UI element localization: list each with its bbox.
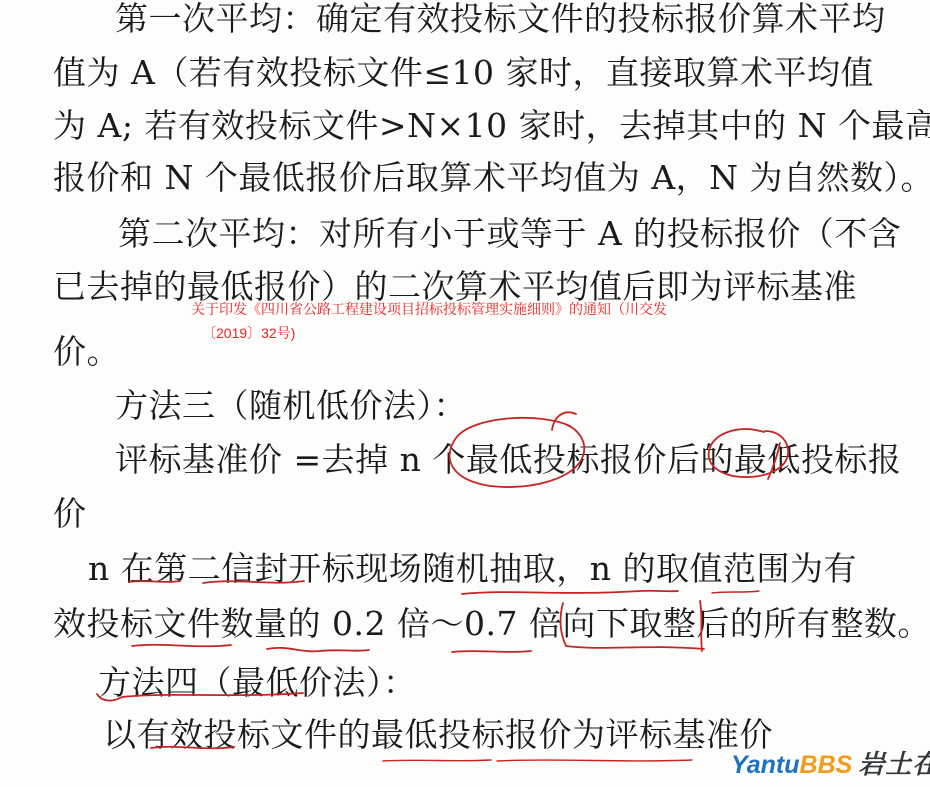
doc-line-9: 评标基准价 =去掉 n 个最低投标报价后的最低投标报 (115, 442, 901, 478)
pen-underline-l12-a (132, 645, 231, 647)
doc-line-11: n 在第二信封开标现场随机抽取，n 的取值范围为有 (88, 551, 857, 587)
doc-line-10: 价 (53, 496, 87, 532)
red-note-line2: 〔2019〕32号) (202, 325, 295, 341)
red-note-line1: 关于印发《四川省公路工程建设项目招标投标管理实施细则》的通知（川交发 (191, 301, 667, 317)
watermark-yantu: Yantu (731, 751, 800, 779)
pen-underline-l14-c (497, 760, 692, 761)
doc-line-13: 方法四（最低价法）： (98, 665, 417, 701)
pen-underline-l14-b (383, 760, 491, 761)
doc-line-5: 第二次平均：对所有小于或等于 A 的投标报价（不含 (118, 216, 901, 252)
doc-line-6: 已去掉的最低报价）的二次算术平均值后即为评标基准 (53, 269, 857, 305)
doc-line-2: 值为 A（若有效投标文件≤10 家时，直接取算术平均值 (53, 55, 874, 91)
scanned-document-page: 第一次平均：确定有效投标文件的投标报价算术平均 值为 A（若有效投标文件≤10 … (0, 0, 930, 787)
doc-line-1: 第一次平均：确定有效投标文件的投标报价算术平均 (115, 1, 886, 37)
pen-underline-l11-c (462, 591, 678, 594)
doc-line-12: 效投标文件数量的 0.2 倍～0.7 倍向下取整后的所有整数。 (53, 606, 930, 642)
pen-box-floor-bottom (566, 646, 704, 649)
doc-line-3: 为 A; 若有效投标文件>N×10 家时，去掉其中的 N 个最高 (53, 108, 930, 144)
watermark-logo: YantuBBS岩土在线 (731, 744, 930, 781)
doc-line-7: 价。 (53, 334, 120, 370)
watermark-cjk: 岩土在线 (858, 749, 930, 779)
doc-line-8: 方法三（随机低价法）： (115, 388, 467, 424)
pen-circle-lowest-bid-1-tail (552, 412, 576, 430)
doc-line-4: 报价和 N 个最低报价后取算术平均值为 A，N 为自然数）。 (53, 160, 930, 196)
watermark-bbs: BBS (800, 751, 853, 779)
doc-line-14: 以有效投标文件的最低投标报价为评标基准价 (103, 717, 773, 753)
pen-underline-l12-b (267, 648, 369, 651)
pen-underline-l12-c (452, 651, 531, 652)
pen-underline-l11-d (712, 591, 759, 593)
